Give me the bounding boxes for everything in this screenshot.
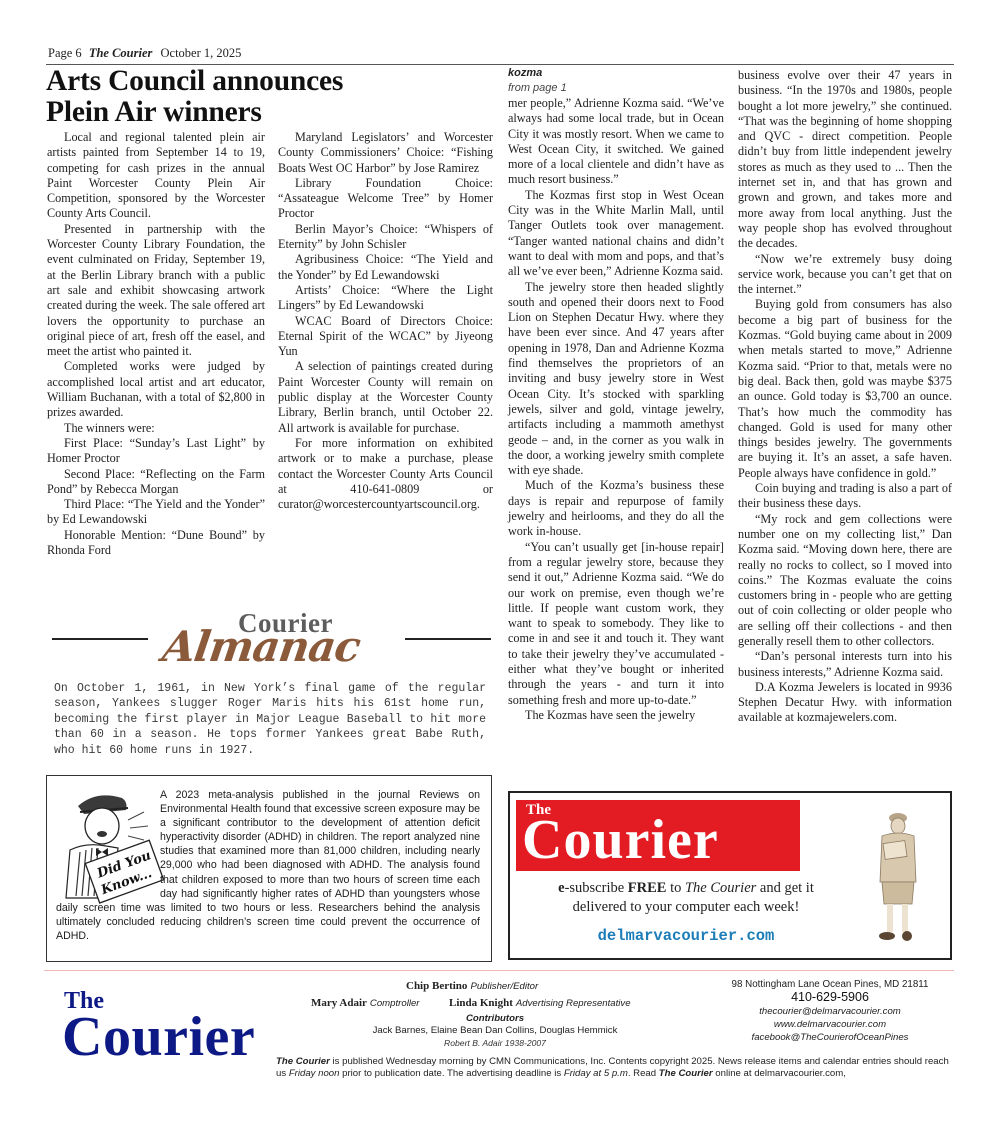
- headline-line-2: Plein Air winners: [46, 96, 262, 128]
- paragraph: The jewelry store then headed slightly s…: [508, 280, 724, 479]
- paragraph: Completed works were judged by accomplis…: [47, 359, 265, 420]
- award-paragraph: Library Foundation Choice: “Assateague W…: [278, 176, 493, 222]
- paragraph: “You can’t usually get [in-house repair]…: [508, 540, 724, 708]
- jump-from: from page 1: [508, 82, 567, 94]
- arts-column-2: Maryland Legislators’ and Worcester Coun…: [278, 130, 493, 512]
- paragraph: D.A Kozma Jewelers is located in 9936 St…: [738, 680, 952, 726]
- staff-role: Advertising Representative: [516, 998, 631, 1009]
- did-you-know-text: A 2023 meta-analysis published in the jo…: [56, 788, 480, 943]
- paragraph: “My rock and gem collections were number…: [738, 512, 952, 650]
- paragraph: Coin buying and trading is also a part o…: [738, 481, 952, 512]
- email-link[interactable]: thecourier@delmarvacourier.com: [700, 1006, 960, 1017]
- staff-advertising: Linda KnightAdvertising Representative: [449, 997, 631, 1009]
- kozma-column-3: mer people,” Adrienne Kozma said. “We’ve…: [508, 96, 724, 723]
- note-text: . Read: [628, 1068, 659, 1079]
- contributors-list: Jack Barnes, Elaine Bean Dan Collins, Do…: [270, 1025, 720, 1036]
- award-paragraph: Agribusiness Choice: “The Yield and the …: [278, 252, 493, 283]
- ad-text: -subscribe: [565, 880, 628, 896]
- paper-name: The Courier: [89, 46, 153, 60]
- paragraph: “Now we’re extremely busy doing service …: [738, 252, 952, 298]
- winner-third: Third Place: “The Yield and the Yonder” …: [47, 497, 265, 528]
- award-paragraph: Berlin Mayor’s Choice: “Whispers of Eter…: [278, 222, 493, 253]
- winner-first: First Place: “Sunday’s Last Light” by Ho…: [47, 436, 265, 467]
- note-ad-deadline: Friday at 5 p.m: [564, 1068, 628, 1079]
- ad-text: and get it: [756, 880, 814, 896]
- note-text: prior to publication date. The advertisi…: [339, 1068, 563, 1079]
- note-deadline: Friday noon: [289, 1068, 340, 1079]
- publication-note: The Courier is published Wednesday morni…: [276, 1056, 956, 1079]
- winner-second: Second Place: “Reflecting on the Farm Po…: [47, 467, 265, 498]
- footer-rule: [44, 970, 954, 971]
- ad-logo-courier: Courier: [522, 810, 719, 870]
- staff-role: Comptroller: [370, 998, 420, 1009]
- paragraph: The Kozmas first stop in West Ocean City…: [508, 188, 724, 280]
- kozma-column-4: business evolve over their 47 years in b…: [738, 68, 952, 726]
- paragraph: The Kozmas have seen the jewelry: [508, 708, 724, 723]
- issue-date: October 1, 2025: [161, 46, 242, 60]
- arts-headline: Arts Council announces Plein Air winners: [46, 66, 486, 128]
- ad-text: to: [666, 880, 685, 896]
- staff-publisher: Chip BertinoPublisher/Editor: [406, 980, 538, 992]
- staff-comptroller: Mary AdairComptroller: [311, 997, 420, 1009]
- award-paragraph: Maryland Legislators’ and Worcester Coun…: [278, 130, 493, 176]
- website-link[interactable]: www.delmarvacourier.com: [700, 1019, 960, 1030]
- page-number: Page 6: [48, 46, 82, 60]
- headline-line-1: Arts Council announces: [46, 65, 343, 97]
- paragraph: The winners were:: [47, 421, 265, 436]
- ad-free: FREE: [628, 880, 667, 896]
- almanac-text: On October 1, 1961, in New York’s final …: [54, 681, 486, 758]
- note-text: online at delmarvacourier.com,: [713, 1068, 846, 1079]
- paragraph: Local and regional talented plein air ar…: [47, 130, 265, 222]
- paragraph: Much of the Kozma’s business these days …: [508, 478, 724, 539]
- ad-tagline-1: e-subscribe FREE to The Courier and get …: [516, 880, 856, 897]
- page-folio: Page 6 The Courier October 1, 2025: [48, 46, 241, 61]
- arts-column-1: Local and regional talented plein air ar…: [47, 130, 265, 558]
- almanac-rule-right: [405, 638, 491, 640]
- newsboy-figure-icon: [872, 806, 922, 946]
- paragraph: Presented in partnership with the Worces…: [47, 222, 265, 360]
- phone: 410-629-5906: [700, 990, 960, 1004]
- ad-url-link[interactable]: delmarvacourier.com: [516, 927, 856, 945]
- ad-paper-name: The Courier: [685, 880, 756, 896]
- facebook-link[interactable]: facebook@TheCourierofOceanPines: [700, 1032, 960, 1043]
- address: 98 Nottingham Lane Ocean Pines, MD 21811: [700, 979, 960, 990]
- contributors-heading: Contributors: [270, 1013, 720, 1024]
- masthead-logo-courier: Courier: [62, 1006, 255, 1068]
- paper-name: The Courier: [659, 1068, 713, 1079]
- almanac-rule-left: [52, 638, 148, 640]
- ad-tagline-2: delivered to your computer each week!: [516, 899, 856, 916]
- paragraph: business evolve over their 47 years in b…: [738, 68, 952, 252]
- staff-name: Chip Bertino: [406, 980, 467, 992]
- memorial-line: Robert B. Adair 1938-2007: [270, 1038, 720, 1048]
- paragraph: “Dan’s personal interests turn into his …: [738, 649, 952, 680]
- paragraph: A selection of paintings created during …: [278, 359, 493, 435]
- staff-name: Mary Adair: [311, 997, 367, 1009]
- award-paragraph: Artists’ Choice: “Where the Light Linger…: [278, 283, 493, 314]
- jump-label: kozma: [508, 67, 542, 79]
- staff-role: Publisher/Editor: [470, 981, 538, 992]
- winner-honorable: Honorable Mention: “Dune Bound” by Rhond…: [47, 528, 265, 559]
- paragraph: mer people,” Adrienne Kozma said. “We’ve…: [508, 96, 724, 188]
- staff-name: Linda Knight: [449, 997, 513, 1009]
- almanac-title-script: Almanac: [160, 622, 363, 671]
- paper-name: The Courier: [276, 1056, 330, 1067]
- award-paragraph: WCAC Board of Directors Choice: Eternal …: [278, 314, 493, 360]
- paragraph: Buying gold from consumers has also beco…: [738, 297, 952, 481]
- contact-paragraph: For more information on exhibited artwor…: [278, 436, 493, 512]
